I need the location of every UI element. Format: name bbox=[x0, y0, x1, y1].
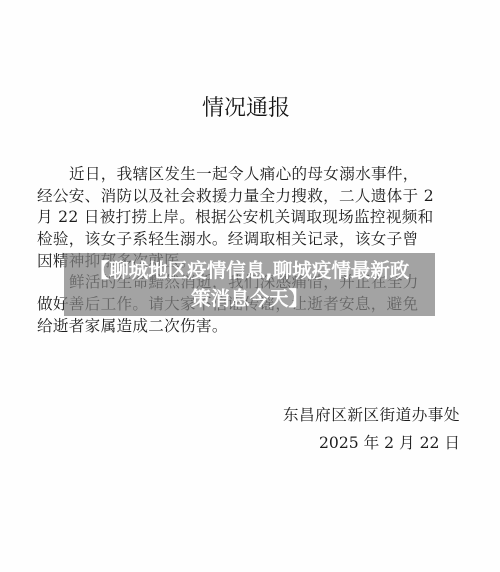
body-line-8: 给逝者家属造成二次伤害。 bbox=[37, 316, 462, 338]
issue-date: 2025 年 2 月 22 日 bbox=[300, 433, 460, 454]
headline-overlay: 【聊城地区疫情信息,聊城疫情最新政 策消息今天】 bbox=[64, 253, 435, 316]
headline-text: 【聊城地区疫情信息,聊城疫情最新政 策消息今天】 bbox=[80, 257, 420, 313]
body-line-1: 近日，我辖区发生一起令人痛心的母女溺水事件， bbox=[37, 164, 462, 186]
headline-line-2: 策消息今天】 bbox=[191, 287, 308, 310]
body-line-2: 经公安、消防以及社会救援力量全力搜救，二人遗体于 2 bbox=[37, 186, 462, 208]
document-title: 情况通报 bbox=[0, 96, 492, 122]
body-line-4: 检验，该女子系轻生溺水。经调取相关记录，该女子曾 bbox=[37, 229, 462, 251]
body-line-3: 月 22 日被打捞上岸。根据公安机关调取现场监控视频和 bbox=[37, 207, 462, 229]
headline-line-1: 【聊城地区疫情信息,聊城疫情最新政 bbox=[90, 259, 409, 282]
issuer-signature: 东昌府区新区街道办事处 bbox=[270, 405, 460, 426]
